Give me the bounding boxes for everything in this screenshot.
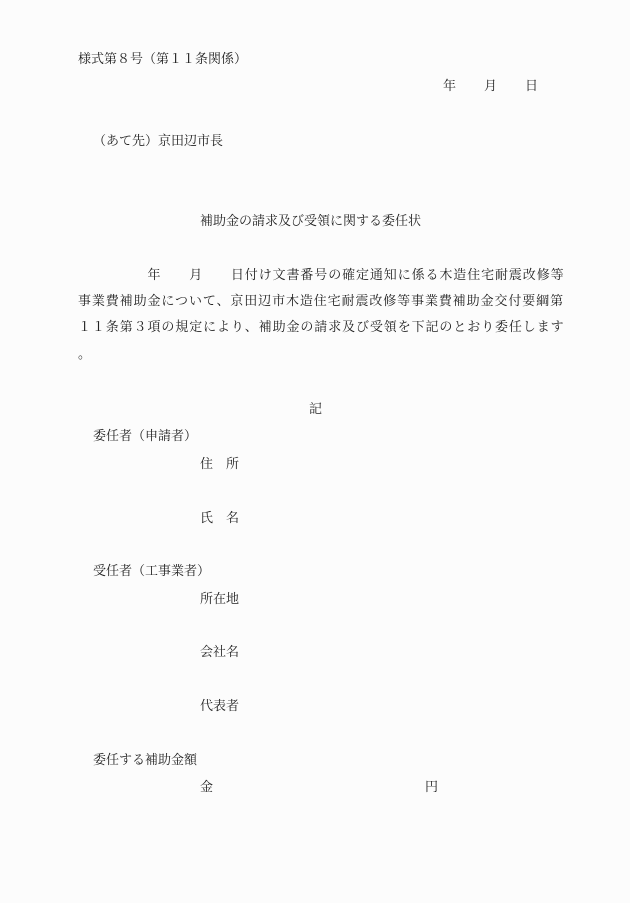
paragraph-line: １１条第３項の規定により、補助金の請求及び受領を下記のとおり委任します xyxy=(78,320,560,336)
paragraph-line: 事業費補助金について、京田辺市木造住宅耐震改修等事業費補助金交付要綱第 xyxy=(78,294,560,310)
delegate-company-label: 会社名 xyxy=(200,645,239,661)
paragraph-line: 年 月 日付け文書番号の確定通知に係る木造住宅耐震改修等 xyxy=(78,268,560,284)
amount-heading: 委任する補助金額 xyxy=(93,753,197,769)
amount-prefix: 金 xyxy=(200,780,213,796)
date-month-label: 月 xyxy=(484,79,497,95)
delegator-name-label: 氏 名 xyxy=(200,511,239,527)
amount-unit: 円 xyxy=(425,780,438,796)
paragraph-line: 。 xyxy=(78,347,560,363)
date-day-label: 日 xyxy=(525,79,538,95)
delegator-address-label: 住 所 xyxy=(200,457,239,473)
document-title: 補助金の請求及び受領に関する委任状 xyxy=(200,214,421,230)
date-year-label: 年 xyxy=(443,79,456,95)
delegator-heading: 委任者（申請者） xyxy=(93,429,197,445)
addressee: （あて先）京田辺市長 xyxy=(93,134,223,150)
delegate-representative-label: 代表者 xyxy=(200,699,239,715)
delegate-location-label: 所在地 xyxy=(200,592,239,608)
delegate-heading: 受任者（工事業者） xyxy=(93,564,210,580)
ki-heading: 記 xyxy=(309,402,322,418)
form-number: 様式第８号（第１１条関係） xyxy=(78,52,247,68)
